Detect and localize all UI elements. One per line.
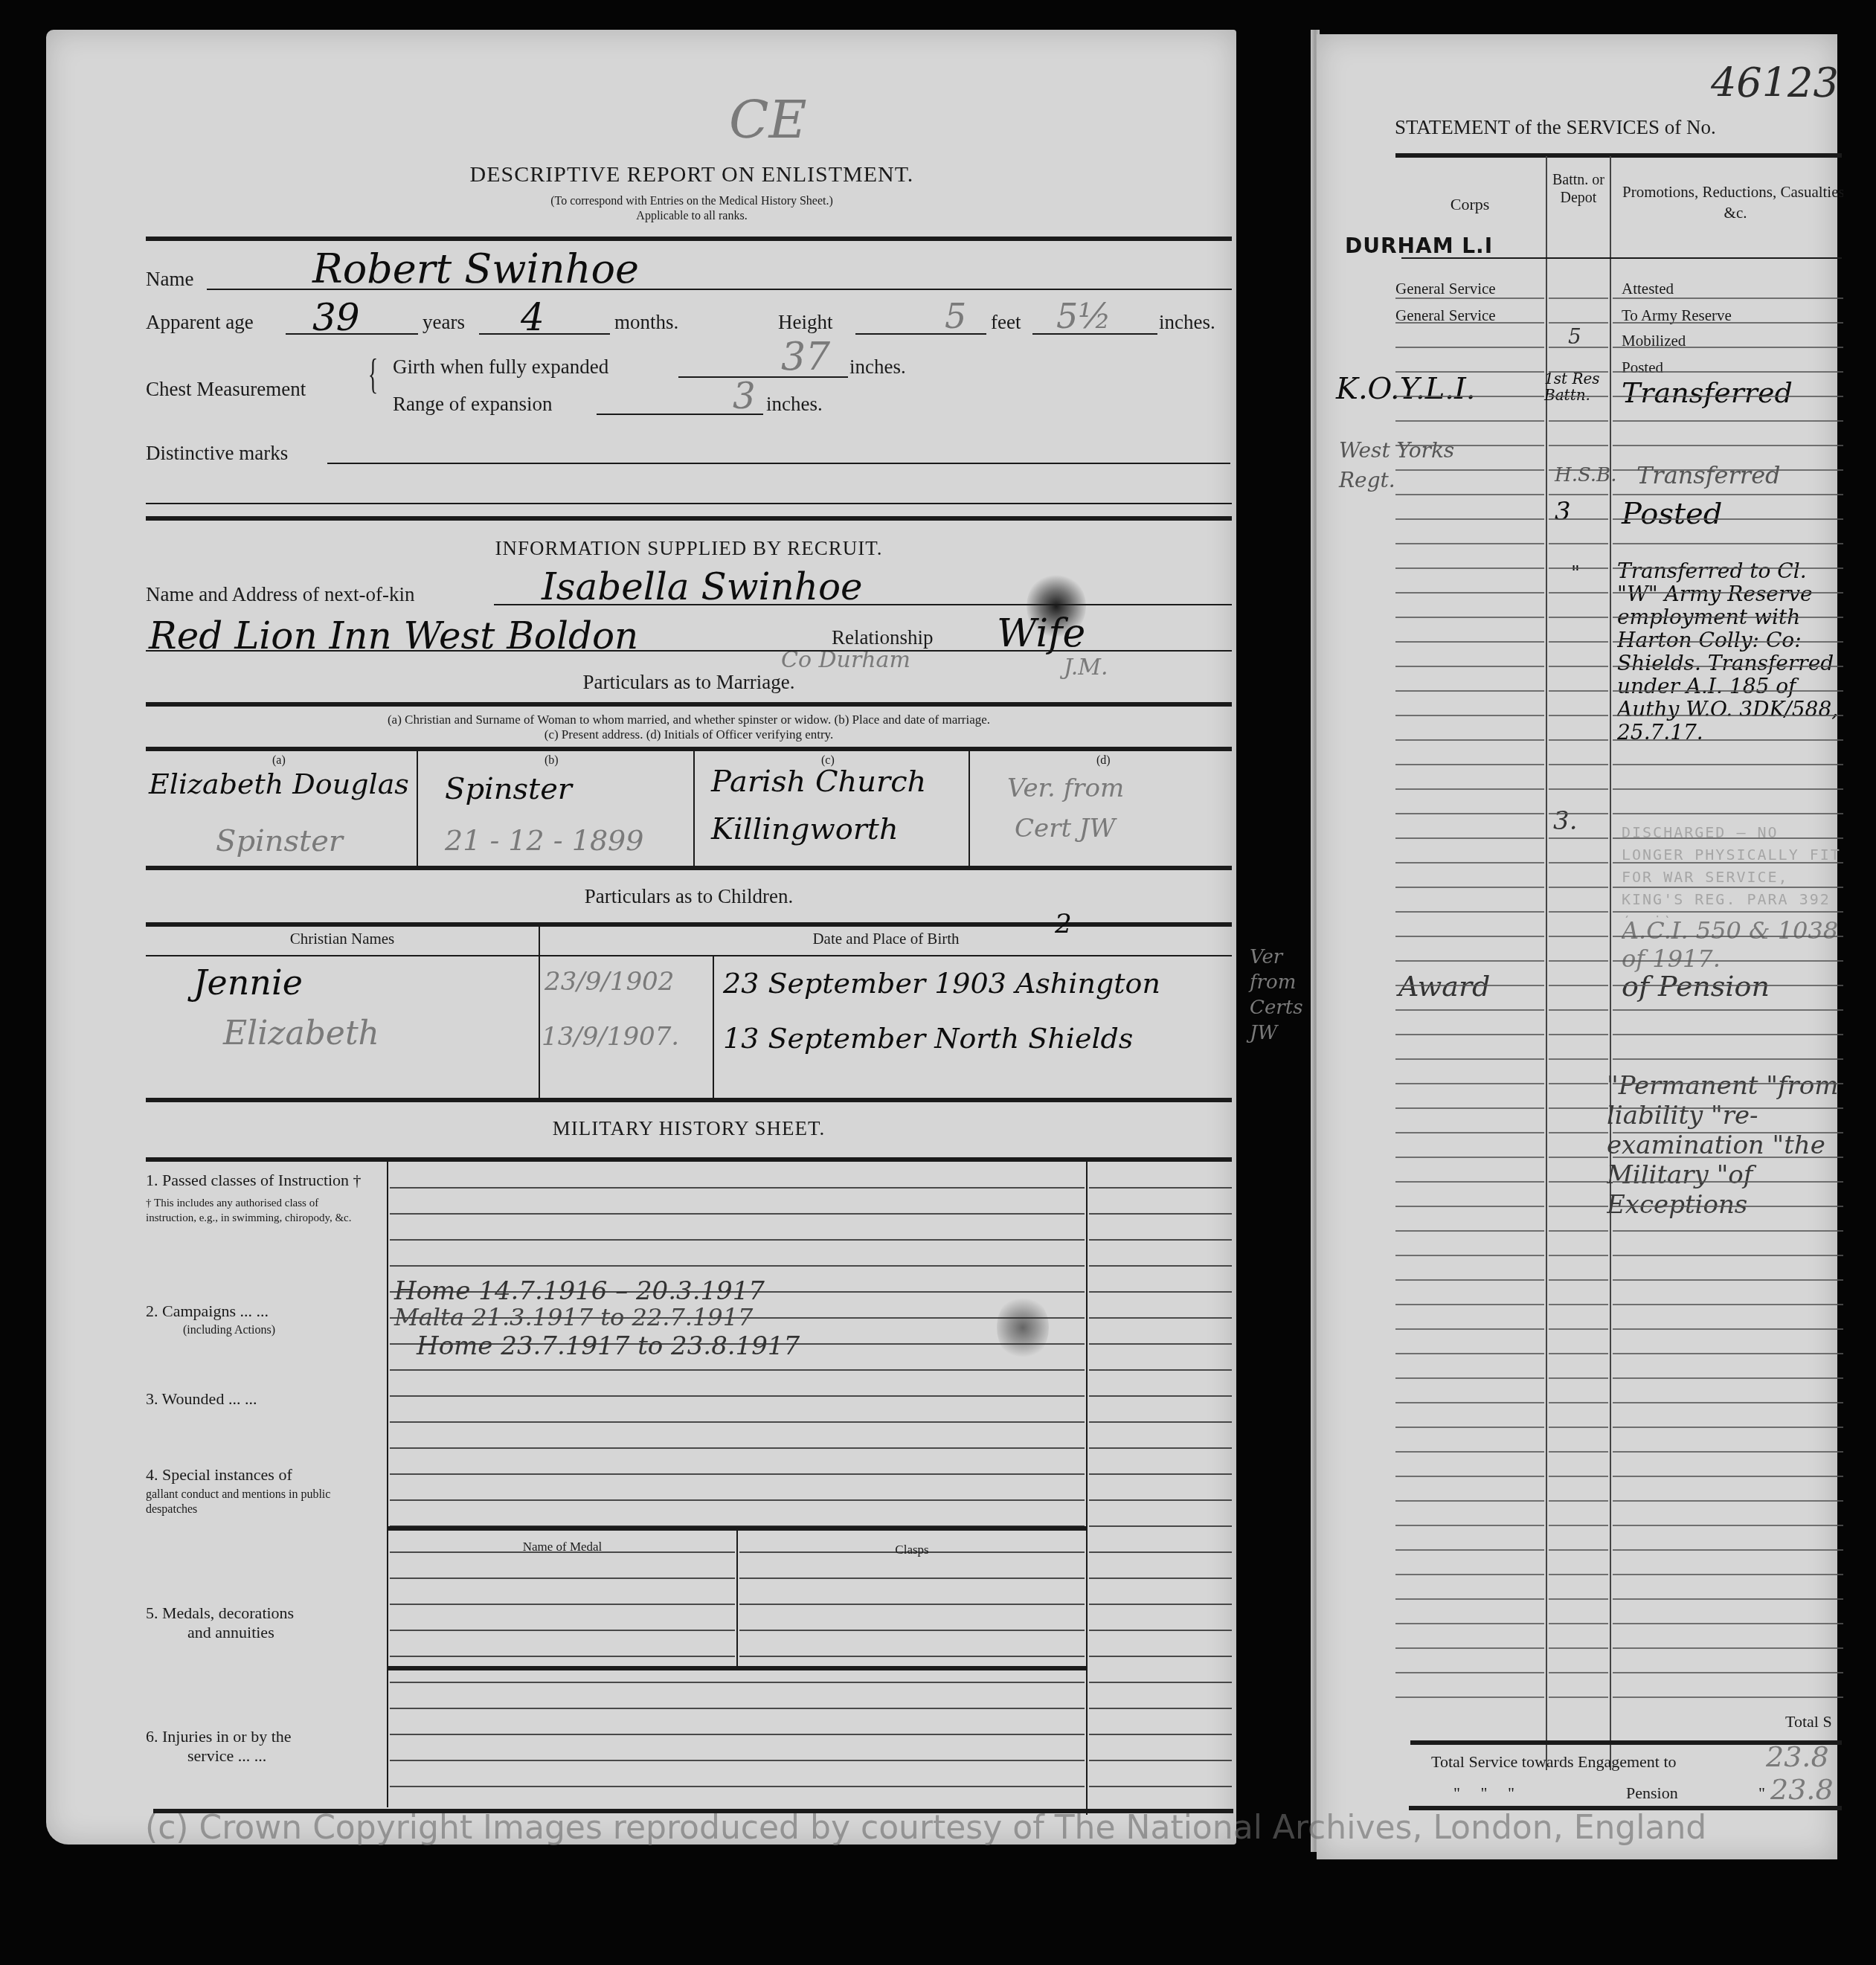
children-heading: Particulars as to Children.	[146, 885, 1232, 908]
child-date-short-2: 13/9/1907.	[542, 1022, 679, 1052]
marks-line-2	[146, 503, 1232, 504]
col-key: (a)	[272, 754, 286, 768]
ruled-line	[1395, 1598, 1544, 1600]
divider	[1395, 153, 1842, 158]
ruled-line	[1613, 1476, 1843, 1477]
battn-row-3: 5	[1568, 324, 1581, 349]
months-label: months.	[614, 311, 678, 334]
ruled-line	[1549, 1377, 1608, 1379]
marriage-heading: Particulars as to Marriage.	[146, 671, 1232, 694]
ruled-line	[1613, 1623, 1843, 1624]
children-col-names: Christian Names	[146, 930, 539, 948]
section-num: 2.	[146, 1302, 158, 1320]
ruled-line	[1395, 690, 1544, 692]
history-section-2: 2. Campaigns ... ... (including Actions)	[146, 1302, 369, 1337]
children-col-birth: Date and Place of Birth	[540, 930, 1232, 948]
ruled-line	[1613, 518, 1843, 520]
ruled-line	[1395, 567, 1544, 569]
ruled-line	[1395, 322, 1544, 324]
ruled-line	[1549, 1304, 1608, 1305]
verification-note: Ver. from	[1007, 774, 1124, 803]
divider	[146, 237, 1232, 241]
ruled-line	[390, 1734, 1085, 1735]
ruled-line	[1613, 813, 1843, 814]
ruled-line	[1549, 862, 1608, 863]
history-section-6: 6. Injuries in or by the service ... ...	[146, 1727, 376, 1766]
ruled-line	[1549, 1328, 1608, 1330]
ruled-line	[390, 1630, 735, 1631]
ruled-line	[1395, 1623, 1544, 1624]
ruled-line	[1089, 1343, 1232, 1345]
ruled-line	[1613, 1647, 1843, 1649]
height-inches-line	[1032, 333, 1157, 335]
campaign-entry-2: Malta 21.3.1917 to 22.7.1917	[394, 1303, 753, 1331]
engagement-label: Total Service towards Engagement to	[1431, 1752, 1677, 1772]
pension-ditto: " " "	[1453, 1784, 1514, 1803]
ruled-line	[1089, 1786, 1232, 1787]
ruled-line	[1089, 1551, 1232, 1553]
ruled-line	[1549, 1181, 1608, 1183]
ruled-line	[390, 1708, 1085, 1709]
ruled-line	[1613, 1377, 1843, 1379]
height-feet-value: 5	[945, 296, 966, 336]
ruled-line	[1613, 1181, 1843, 1183]
inches-label: inches.	[1159, 311, 1215, 334]
ruled-line	[1089, 1708, 1232, 1709]
ruled-line	[1549, 371, 1608, 373]
name-label: Name	[146, 268, 193, 291]
ruled-line	[1613, 1697, 1843, 1698]
battn-hw-1: 1st Res Battn.	[1544, 370, 1616, 403]
relationship-value: Wife	[997, 611, 1085, 656]
event-hw-8: "Permanent "from liability "re-examinati…	[1607, 1071, 1845, 1220]
ruled-line	[1395, 371, 1544, 373]
child-birth-1: 23 September 1903 Ashington	[723, 967, 1160, 1000]
ruled-line	[1089, 1734, 1232, 1735]
section-note: and annuities	[146, 1623, 376, 1642]
section-label: Medals, decorations	[162, 1604, 294, 1622]
corps-row-1: General Service	[1395, 280, 1496, 298]
ruled-line	[1395, 1255, 1544, 1256]
ruled-line	[1613, 690, 1843, 692]
ruled-line	[1549, 1623, 1608, 1624]
height-feet-line	[855, 333, 986, 335]
section-label: Passed classes of Instruction †	[162, 1171, 362, 1189]
ruled-line	[1613, 543, 1843, 544]
ruled-line	[1549, 764, 1608, 765]
ruled-line	[390, 1760, 1085, 1761]
ruled-line	[1613, 1672, 1843, 1673]
ruled-line	[390, 1656, 735, 1657]
feet-label: feet	[991, 311, 1021, 334]
marriage-col-a: (a) Elizabeth Douglas Spinster	[146, 750, 417, 866]
marriage-date: 21 - 12 - 1899	[445, 824, 643, 857]
section-num: 3.	[146, 1389, 158, 1408]
ruled-line	[739, 1604, 1085, 1605]
ruled-line	[1395, 1672, 1544, 1673]
ruled-line	[1395, 617, 1544, 618]
ruled-line	[390, 1786, 1085, 1787]
ruled-line	[1395, 862, 1544, 863]
pension-ditto-2: "	[1758, 1784, 1765, 1803]
ruled-line	[1089, 1369, 1232, 1371]
ruled-line	[390, 1682, 1085, 1683]
child-name-1: Jennie	[193, 962, 303, 1003]
battn-hw-5: 3.	[1553, 806, 1577, 836]
age-years-line	[286, 333, 418, 335]
ruled-line	[1089, 1265, 1232, 1267]
child-name-2: Elizabeth	[223, 1014, 379, 1052]
ruled-line	[1395, 666, 1544, 667]
ruled-line	[1613, 592, 1843, 594]
ruled-line	[1089, 1525, 1232, 1527]
ruled-line	[739, 1630, 1085, 1631]
ruled-line	[1395, 1206, 1544, 1207]
marriage-place: Parish Church	[711, 765, 926, 799]
age-months-line	[479, 333, 610, 335]
ruled-line	[1613, 1451, 1843, 1453]
distinctive-marks-label: Distinctive marks	[146, 442, 288, 465]
ruled-line	[1613, 985, 1843, 986]
event-hw-3: Posted	[1622, 497, 1722, 531]
chest-label: Chest Measurement	[146, 378, 306, 401]
engagement-value: 23.8	[1766, 1740, 1829, 1773]
girth-label: Girth when fully expanded	[393, 356, 608, 379]
ruled-line	[1549, 1451, 1608, 1453]
marriage-col-d: (d) Ver. from Cert JW	[970, 750, 1232, 866]
ruled-line	[1613, 1132, 1843, 1133]
ruled-line	[1613, 1402, 1843, 1403]
ruled-line	[1613, 567, 1843, 569]
col-key: (b)	[545, 754, 559, 768]
corps-hw-1: K.O.Y.L.I.	[1336, 372, 1476, 406]
ruled-line	[1613, 1353, 1843, 1354]
ruled-line	[1395, 1574, 1544, 1575]
page-number: 46123	[1711, 60, 1839, 106]
verification-initials: Cert JW	[1015, 814, 1115, 843]
ruled-line	[1549, 469, 1608, 471]
ruled-line	[1549, 567, 1608, 569]
col-key: (d)	[1096, 754, 1111, 768]
section-num: 1.	[146, 1171, 158, 1189]
ruled-line	[1613, 715, 1843, 716]
ruled-line	[1395, 1009, 1544, 1011]
range-line	[597, 414, 763, 415]
event-hw-6: A.C.I. 550 & 1038 of 1917.	[1622, 916, 1845, 976]
header-bottom-rule	[1401, 257, 1842, 259]
marriage-status: Spinster	[445, 772, 572, 806]
ruled-line	[1089, 1421, 1232, 1423]
ruled-line	[1395, 347, 1544, 348]
history-section-5: 5. Medals, decorations and annuities	[146, 1604, 376, 1642]
ruled-line	[1549, 837, 1608, 839]
nok-name: Isabella Swinhoe	[542, 565, 863, 608]
ruled-line	[1395, 1058, 1544, 1060]
ruled-line	[1395, 837, 1544, 839]
ruled-line	[1613, 469, 1843, 471]
children-margin-note: Ver from Certs JW	[1250, 945, 1302, 1046]
ruled-line	[1613, 911, 1843, 913]
event-hw-2: Transferred	[1636, 461, 1781, 489]
ruled-line	[1613, 1279, 1843, 1281]
col-promotions: Promotions, Reductions, Casualties, &c.	[1613, 181, 1858, 223]
relationship-label: Relationship	[832, 626, 934, 649]
ruled-line	[1395, 887, 1544, 888]
ruled-line	[1549, 1255, 1608, 1256]
ruled-line	[1089, 1656, 1232, 1657]
ruled-line	[1395, 715, 1544, 716]
ruled-line	[1549, 1525, 1608, 1526]
ruled-line	[1549, 911, 1608, 913]
ruled-line	[390, 1265, 1085, 1267]
history-col-divider	[1086, 1160, 1088, 1815]
history-section-4: 4. Special instances of gallant conduct …	[146, 1465, 376, 1517]
section-note: (including Actions)	[146, 1324, 369, 1337]
ruled-line	[1613, 494, 1843, 495]
ruled-line	[1395, 936, 1544, 937]
page-subtitle-2: Applicable to all ranks.	[149, 210, 1235, 223]
ruled-line	[1549, 739, 1608, 741]
ruled-line	[1613, 739, 1843, 741]
ruled-line	[1395, 494, 1544, 495]
ruled-line	[390, 1369, 1085, 1371]
ruled-line	[1613, 445, 1843, 446]
ruled-line	[1549, 1083, 1608, 1084]
ruled-line	[390, 1447, 1085, 1449]
range-value: 3	[733, 376, 756, 417]
girth-value: 37	[781, 335, 830, 379]
ruled-line	[1613, 396, 1843, 397]
ruled-line	[1613, 1206, 1843, 1207]
ruled-line	[1549, 1279, 1608, 1281]
ruled-line	[1613, 1500, 1843, 1502]
services-title: STATEMENT of the SERVICES of No.	[1395, 116, 1716, 139]
ruled-line	[1613, 788, 1843, 790]
military-history-heading: MILITARY HISTORY SHEET.	[146, 1117, 1232, 1140]
ruled-line	[1395, 1476, 1544, 1477]
section-note: gallant conduct and mentions in public d…	[146, 1488, 376, 1517]
ruled-line	[1549, 960, 1608, 962]
ruled-line	[739, 1656, 1085, 1657]
campaign-entry-3: Home 23.7.1917 to 23.8.1917	[417, 1331, 800, 1361]
ruled-line	[1089, 1630, 1232, 1631]
name-line	[207, 289, 1232, 290]
ruled-line	[1395, 911, 1544, 913]
pension-value: 23.8	[1770, 1773, 1834, 1806]
ruled-line	[1395, 1279, 1544, 1281]
copyright-watermark: (c) Crown Copyright Images reproduced by…	[145, 1809, 1706, 1847]
ruled-line	[1549, 690, 1608, 692]
ruled-line	[1395, 1328, 1544, 1330]
ruled-line	[1613, 1255, 1843, 1256]
section-label: Special instances of	[162, 1465, 292, 1484]
ruled-line	[1549, 298, 1608, 299]
ruled-line	[1613, 617, 1843, 618]
ruled-line	[1549, 617, 1608, 618]
ruled-line	[390, 1473, 1085, 1475]
ruled-line	[1613, 1328, 1843, 1330]
ruled-line	[1549, 666, 1608, 667]
range-label: Range of expansion	[393, 393, 552, 416]
nok-line	[494, 604, 1232, 605]
ruled-line	[1395, 1549, 1544, 1551]
ruled-line	[1089, 1499, 1232, 1501]
ruled-line	[1395, 1353, 1544, 1354]
ruled-line	[1089, 1395, 1232, 1397]
ruled-line	[1549, 1598, 1608, 1600]
ruled-line	[1613, 347, 1843, 348]
ruled-line	[1549, 813, 1608, 814]
ruled-line	[1395, 1525, 1544, 1526]
ruled-line	[1613, 1083, 1843, 1084]
ruled-line	[1549, 641, 1608, 643]
ruled-line	[1395, 518, 1544, 520]
divider	[146, 702, 1232, 707]
page-title: DESCRIPTIVE REPORT ON ENLISTMENT.	[149, 162, 1235, 187]
ruled-line	[1395, 1083, 1544, 1084]
ruled-line	[1549, 1500, 1608, 1502]
marks-line	[327, 463, 1230, 464]
ruled-line	[1395, 739, 1544, 741]
ruled-line	[1613, 862, 1843, 863]
name-value: Robert Swinhoe	[312, 245, 639, 292]
ruled-line	[1549, 1206, 1608, 1207]
ruled-line	[390, 1213, 1085, 1215]
divider	[146, 1098, 1232, 1102]
event-hw-7: of Pension	[1622, 970, 1770, 1003]
ruled-line	[390, 1421, 1085, 1423]
children-header-line	[146, 955, 1232, 956]
ruled-line	[1613, 1157, 1843, 1158]
ruled-line	[1395, 1034, 1544, 1035]
history-section-1: 1. Passed classes of Instruction † † Thi…	[146, 1171, 369, 1226]
ruled-line	[1549, 518, 1608, 520]
address-line	[146, 650, 1232, 652]
ruled-line	[1395, 445, 1544, 446]
battn-hw-2: H.S.B.	[1555, 464, 1616, 486]
ruled-line	[1395, 764, 1544, 765]
ruled-line	[1395, 1697, 1544, 1698]
section-note: service ... ...	[146, 1746, 376, 1766]
marriage-legend-2: (c) Present address. (d) Initials of Off…	[146, 727, 1232, 742]
ruled-line	[1549, 1672, 1608, 1673]
height-inches-value: 5½	[1056, 296, 1111, 336]
ruled-line	[1089, 1187, 1232, 1189]
marriage-col-c: (c) Parish Church Killingworth	[695, 750, 968, 866]
ruled-line	[1395, 469, 1544, 471]
ink-blot	[997, 1294, 1049, 1361]
recruit-info-heading: INFORMATION SUPPLIED BY RECRUIT.	[146, 537, 1232, 560]
nok-label: Name and Address of next-of-kin	[146, 583, 414, 606]
ruled-line	[1549, 1230, 1608, 1232]
ruled-line	[1395, 1377, 1544, 1379]
ruled-line	[1613, 371, 1843, 373]
marriage-col-b: (b) Spinster 21 - 12 - 1899	[418, 750, 693, 866]
battn-hw-3: 3	[1555, 497, 1571, 527]
ruled-line	[1549, 788, 1608, 790]
ruled-line	[1549, 1697, 1608, 1698]
event-hw-1: Transferred	[1622, 376, 1793, 409]
ruled-line	[1613, 298, 1843, 299]
ruled-line	[1613, 1034, 1843, 1035]
total-service-label: Total S	[1785, 1712, 1832, 1731]
ruled-line	[1549, 1157, 1608, 1158]
ruled-line	[1395, 543, 1544, 544]
ruled-line	[1395, 788, 1544, 790]
ruled-line	[1395, 985, 1544, 986]
ruled-line	[1549, 1058, 1608, 1060]
ruled-line	[1549, 396, 1608, 397]
col-corps: Corps	[1395, 195, 1544, 214]
divider	[146, 1157, 1232, 1162]
ruled-line	[1089, 1239, 1232, 1241]
section-num: 6.	[146, 1727, 158, 1746]
ruled-line	[1549, 936, 1608, 937]
ruled-line	[1089, 1760, 1232, 1761]
ruled-line	[1089, 1291, 1232, 1293]
years-label: years	[423, 311, 465, 334]
ruled-line	[1395, 1647, 1544, 1649]
chest-brace: {	[368, 351, 378, 399]
ruled-line	[1395, 960, 1544, 962]
ruled-line	[1613, 1427, 1843, 1428]
event-row-4: Posted	[1622, 358, 1663, 377]
ruled-line	[1549, 1034, 1608, 1035]
ruled-line	[1549, 420, 1608, 422]
ruled-line	[1089, 1604, 1232, 1605]
history-col-divider	[387, 1160, 388, 1807]
height-label: Height	[778, 311, 833, 334]
ruled-line	[390, 1499, 1085, 1501]
girth-line	[678, 376, 848, 378]
ruled-line	[1395, 1427, 1544, 1428]
section-num: 4.	[146, 1465, 158, 1484]
ruled-line	[1549, 1647, 1608, 1649]
ruled-line	[1613, 936, 1843, 937]
ruled-line	[390, 1578, 735, 1579]
history-section-3: 3. Wounded ... ...	[146, 1389, 369, 1409]
pension-label: Pension	[1626, 1784, 1678, 1803]
child-birth-2: 13 September North Shields	[723, 1022, 1133, 1055]
ruled-line	[1549, 322, 1608, 324]
ruled-line	[1613, 764, 1843, 765]
children-col-divider	[713, 956, 714, 1098]
ruled-line	[739, 1578, 1085, 1579]
divider	[146, 516, 1232, 521]
marriage-place-town: Killingworth	[711, 812, 899, 846]
ruled-line	[1549, 1427, 1608, 1428]
ruled-line	[1395, 1107, 1544, 1109]
ruled-line	[1395, 1500, 1544, 1502]
clasps-col-header: Clasps	[738, 1543, 1086, 1557]
section-label: Injuries in or by the	[162, 1727, 292, 1746]
ruled-line	[1395, 420, 1544, 422]
ruled-line	[1549, 1132, 1608, 1133]
corps-stamp: DURHAM L.I	[1345, 234, 1493, 258]
corps-hw-7: Award	[1398, 970, 1490, 1003]
medal-col-header: Name of Medal	[388, 1540, 736, 1554]
ruled-line	[1613, 1230, 1843, 1232]
ruled-line	[390, 1604, 735, 1605]
ruled-line	[1613, 1009, 1843, 1011]
ruled-line	[1613, 1058, 1843, 1060]
ruled-line	[1549, 887, 1608, 888]
ruled-line	[1549, 592, 1608, 594]
ruled-line	[1549, 1549, 1608, 1551]
discharged-stamp: DISCHARGED — NO LONGER PHYSICALLY FIT FO…	[1622, 821, 1845, 918]
event-row-1: Attested	[1622, 280, 1674, 298]
children-col-divider	[539, 925, 540, 1098]
